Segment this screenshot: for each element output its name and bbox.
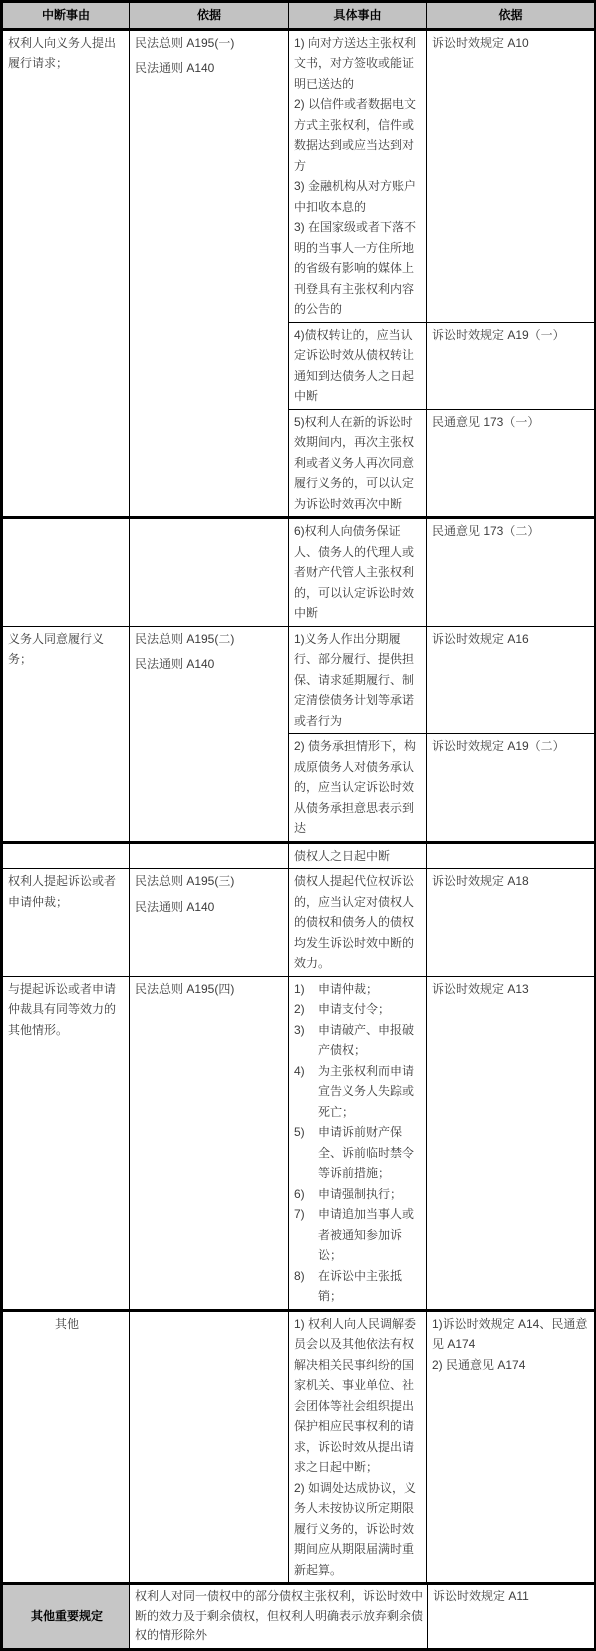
- basis-line: 2) 民通意见 A174: [432, 1355, 591, 1376]
- detail-line: 1) 权利人向人民调解委员会以及其他依法有权解决相关民事纠纷的国家机关、事业单位…: [294, 1314, 423, 1478]
- group4-basis-cell: 民法总则 A195(四): [130, 976, 289, 1309]
- list-item-text: 为主张权利而申请宣告义务人失踪或死亡；: [318, 1061, 423, 1123]
- group1-subrow2-detail-cell: 4)债权转让的，应当认定诉讼时效从债权转让通知到达债务人之日起中断: [289, 322, 427, 409]
- group3-basis-cell: 民法总则 A195(三) 民法通则 A140: [130, 869, 289, 977]
- basis-line: 民法总则 A195(三): [135, 871, 285, 892]
- list-item-number: 8): [294, 1266, 318, 1307]
- list-item-text: 申请诉前财产保全、诉前临时禁令等诉前措施；: [318, 1122, 423, 1184]
- group1-cont-cause-cell-empty: [3, 518, 130, 626]
- group2-basis-cell: 民法总则 A195(二) 民法通则 A140: [130, 626, 289, 841]
- group1-subrow3-basis-cell: 民通意见 173（一）: [427, 409, 595, 517]
- block-2: 6)权利人向债务保证人、债务人的代理人或者财产代管人主张权利的，可以认定诉讼时效…: [2, 517, 595, 842]
- limitation-interruption-table: 中断事由 依据 具体事由 依据 权利人向义务人提出履行请求； 民法总则 A195…: [0, 0, 596, 1651]
- group2-continuation-cell: 债权人之日起中断: [289, 843, 427, 869]
- detail-line: 1) 向对方送达主张权利文书，对方签收或能证明已送达的: [294, 33, 423, 95]
- block-3: 债权人之日起中断 权利人提起诉讼或者申请仲裁； 民法总则 A195(三) 民法通…: [2, 842, 595, 1310]
- list-item: 5)申请诉前财产保全、诉前临时禁令等诉前措施；: [294, 1122, 423, 1184]
- header-cell-detail: 具体事由: [289, 3, 427, 29]
- list-item-number: 6): [294, 1184, 318, 1205]
- header-cell-basis-right: 依据: [427, 3, 595, 29]
- list-item: 3)申请破产、申报破产债权；: [294, 1020, 423, 1061]
- basis-line: 1)诉讼时效规定 A14、民通意见 A174: [432, 1314, 591, 1355]
- detail-line: 3) 在国家级或者下落不明的当事人一方住所地的省级有影响的媒体上刊登具有主张权利…: [294, 217, 423, 320]
- cont-row-basis-cell-empty: [130, 843, 289, 869]
- list-item-number: 5): [294, 1122, 318, 1184]
- basis-line: 民法通则 A140: [135, 654, 285, 675]
- list-item-text: 在诉讼中主张抵销；: [318, 1266, 423, 1307]
- group3-cause-cell: 权利人提起诉讼或者申请仲裁；: [3, 869, 130, 977]
- block-1: 权利人向义务人提出履行请求； 民法总则 A195(一) 民法通则 A140 1)…: [2, 30, 595, 518]
- list-item: 1)申请仲裁；: [294, 979, 423, 1000]
- list-item-text: 申请追加当事人或者被通知参加诉讼；: [318, 1204, 423, 1266]
- group1-subrow1-detail-cell: 1) 向对方送达主张权利文书，对方签收或能证明已送达的 2) 以信件或者数据电文…: [289, 30, 427, 322]
- list-item: 6)申请强制执行；: [294, 1184, 423, 1205]
- group2-subrow2-basis-cell: 诉讼时效规定 A19（二）: [427, 734, 595, 842]
- group1-cont-basis-cell-empty: [130, 518, 289, 626]
- list-item-text: 申请仲裁；: [318, 979, 423, 1000]
- list-item-number: 7): [294, 1204, 318, 1266]
- group3-basis-right-cell: 诉讼时效规定 A18: [427, 869, 595, 977]
- list-item-number: 2): [294, 999, 318, 1020]
- group2-subrow1-basis-cell: 诉讼时效规定 A16: [427, 626, 595, 734]
- group5-basis-right-cell: 1)诉讼时效规定 A14、民通意见 A174 2) 民通意见 A174: [427, 1311, 595, 1583]
- detail-line: 2) 以信件或者数据电文方式主张权利，信件或数据达到或应当达到对方: [294, 94, 423, 176]
- list-item-number: 4): [294, 1061, 318, 1123]
- list-item: 7)申请追加当事人或者被通知参加诉讼；: [294, 1204, 423, 1266]
- header-cell-cause: 中断事由: [3, 3, 130, 29]
- block-5: 其他重要规定 权利人对同一债权中的部分债权主张权利，诉讼时效中断的效力及于剩余债…: [2, 1583, 596, 1649]
- basis-line: 民法通则 A140: [135, 897, 285, 918]
- group1-subrow4-detail-cell: 6)权利人向债务保证人、债务人的代理人或者财产代管人主张权利的，可以认定诉讼时效…: [289, 518, 427, 626]
- list-item-text: 申请强制执行；: [318, 1184, 423, 1205]
- detail-line: 2) 如调处达成协议，义务人未按协议所定期限履行义务的，诉讼时效期间应从期限届满…: [294, 1478, 423, 1581]
- list-item: 4)为主张权利而申请宣告义务人失踪或死亡；: [294, 1061, 423, 1123]
- footer-basis-cell: 诉讼时效规定 A11: [428, 1584, 596, 1648]
- group1-subrow1-basis-cell: 诉讼时效规定 A10: [427, 30, 595, 322]
- list-item: 8)在诉讼中主张抵销；: [294, 1266, 423, 1307]
- detail-line: 3) 金融机构从对方账户中扣收本息的: [294, 176, 423, 217]
- group2-cause-cell: 义务人同意履行义务；: [3, 626, 130, 841]
- group1-subrow4-basis-cell: 民通意见 173（二）: [427, 518, 595, 626]
- basis-line: 民法总则 A195(一): [135, 33, 285, 54]
- block-4: 其他 1) 权利人向人民调解委员会以及其他依法有权解决相关民事纠纷的国家机关、事…: [2, 1310, 595, 1584]
- cont-row-right-cell-empty: [427, 843, 595, 869]
- footer-label-cell: 其他重要规定: [3, 1584, 130, 1648]
- group2-subrow1-detail-cell: 1)义务人作出分期履行、部分履行、提供担保、请求延期履行、制定清偿债务计划等承诺…: [289, 626, 427, 734]
- list-item-text: 申请支付令；: [318, 999, 423, 1020]
- header-cell-basis-left: 依据: [130, 3, 289, 29]
- basis-line: 民法总则 A195(二): [135, 629, 285, 650]
- group3-detail-cell: 债权人提起代位权诉讼的，应当认定对债权人的债权和债务人的债权均发生诉讼时效中断的…: [289, 869, 427, 977]
- cont-row-cause-cell-empty: [3, 843, 130, 869]
- group1-basis-cell: 民法总则 A195(一) 民法通则 A140: [130, 30, 289, 517]
- list-item-number: 3): [294, 1020, 318, 1061]
- group4-cause-cell: 与提起诉讼或者申请仲裁具有同等效力的其他情形。: [3, 976, 130, 1309]
- group5-basis-cell-empty: [130, 1311, 289, 1583]
- basis-line: 民法通则 A140: [135, 58, 285, 79]
- group5-detail-cell: 1) 权利人向人民调解委员会以及其他依法有权解决相关民事纠纷的国家机关、事业单位…: [289, 1311, 427, 1583]
- group4-detail-cell: 1)申请仲裁； 2)申请支付令； 3)申请破产、申报破产债权； 4)为主张权利而…: [289, 976, 427, 1309]
- group1-subrow2-basis-cell: 诉讼时效规定 A19（一）: [427, 322, 595, 409]
- list-item-text: 申请破产、申报破产债权；: [318, 1020, 423, 1061]
- group1-subrow3-detail-cell: 5)权利人在新的诉讼时效期间内，再次主张权利或者义务人再次同意履行义务的，可以认…: [289, 409, 427, 517]
- group2-subrow2-detail-cell: 2) 债务承担情形下，构成原债务人对债务承认的，应当认定诉讼时效从债务承担意思表…: [289, 734, 427, 842]
- group1-cause-cell: 权利人向义务人提出履行请求；: [3, 30, 130, 517]
- footer-text-cell: 权利人对同一债权中的部分债权主张权利，诉讼时效中断的效力及于剩余债权，但权利人明…: [130, 1584, 428, 1648]
- table-header: 中断事由 依据 具体事由 依据: [2, 2, 595, 30]
- group5-cause-cell: 其他: [3, 1311, 130, 1583]
- list-item-number: 1): [294, 979, 318, 1000]
- group4-basis-right-cell: 诉讼时效规定 A13: [427, 976, 595, 1309]
- list-item: 2)申请支付令；: [294, 999, 423, 1020]
